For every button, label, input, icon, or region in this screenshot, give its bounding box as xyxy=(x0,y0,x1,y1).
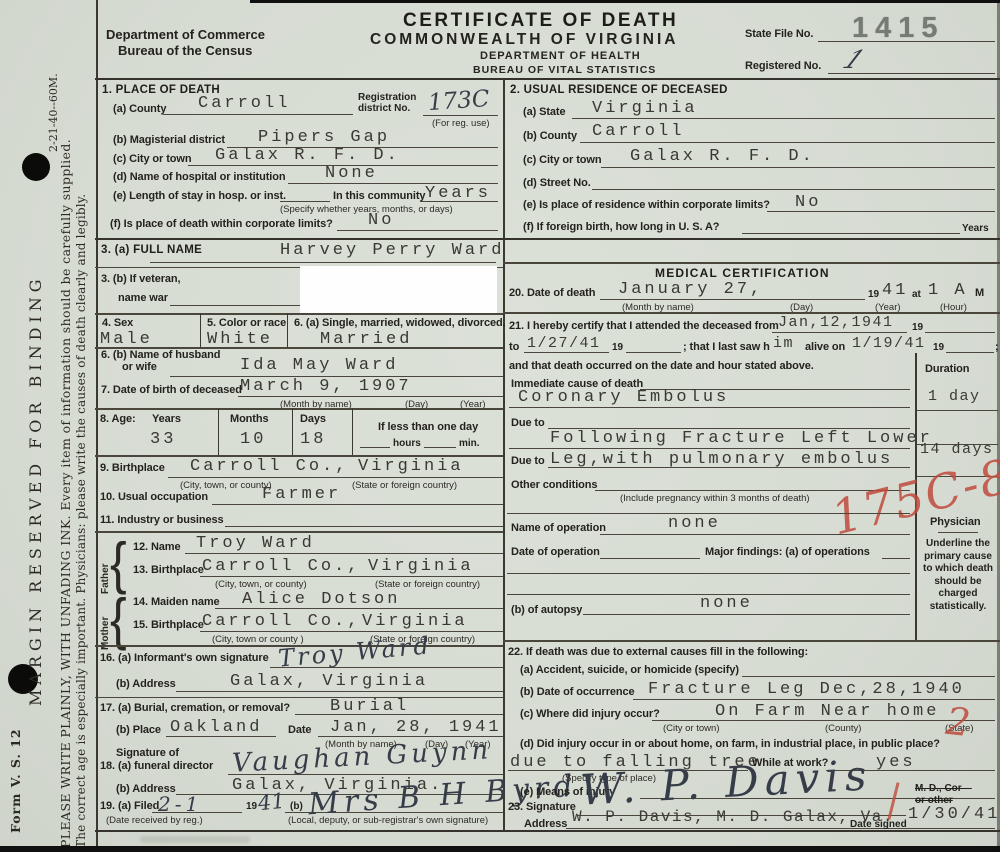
residence-county-label: (b) County xyxy=(523,130,577,142)
birthplace-label: 9. Birthplace xyxy=(100,462,165,474)
line xyxy=(150,262,496,263)
father-name-value: Troy Ward xyxy=(196,534,315,553)
line xyxy=(95,697,503,698)
line xyxy=(360,447,390,448)
dod-hour-value: 1 A xyxy=(928,281,968,300)
line xyxy=(503,640,1000,642)
other-conditions-label: Other conditions xyxy=(511,479,597,491)
age-months-value: 10 xyxy=(240,430,266,449)
father-bp-sub2: (State or foreign country) xyxy=(375,579,480,590)
other-conditions-note: (Include pregnancy within 3 months of de… xyxy=(620,493,810,504)
dod-19-printed: 19 xyxy=(868,289,879,300)
redaction-whiteout-box xyxy=(300,266,497,313)
due-to-value-2: Leg,with pulmonary embolus xyxy=(550,450,893,469)
md-coroner-label: M. D., Cor— xyxy=(915,783,972,794)
line xyxy=(572,118,995,119)
bureau-vital-stats-line: BUREAU OF VITAL STATISTICS xyxy=(473,64,656,76)
line xyxy=(176,691,503,692)
margin-advice-line1: PLEASE WRITE PLAINLY, WITH UNFADING INK.… xyxy=(58,139,73,848)
autopsy-value: none xyxy=(700,594,753,613)
last-saw-text: ; that I last saw h xyxy=(683,341,770,353)
occupation-label: 10. Usual occupation xyxy=(100,491,208,503)
line xyxy=(212,504,503,505)
commonwealth-subtitle: COMMONWEALTH OF VIRGINIA xyxy=(370,31,679,49)
street-no-label: (d) Street No. xyxy=(523,177,591,189)
scan-smudge xyxy=(140,836,250,843)
line xyxy=(352,408,353,455)
residence-corporate-label: (e) Is place of residence within corpora… xyxy=(523,199,770,211)
due-to-value-1: Following Fracture Left Lower xyxy=(550,429,933,448)
line xyxy=(600,299,865,300)
line xyxy=(163,114,353,115)
full-name-value: Harvey Perry Ward xyxy=(280,241,504,260)
reg-use-note: (For reg. use) xyxy=(432,118,490,129)
line xyxy=(882,558,910,559)
registered-no-label: Registered No. xyxy=(745,60,821,72)
age-days-value: 18 xyxy=(300,430,326,449)
funeral-director-signature: Vaughan Guynn xyxy=(231,735,492,779)
hours-label: hours xyxy=(393,438,421,449)
scan-edge-bottom xyxy=(0,846,1000,852)
stay-note: (Specify whether years, months, or days) xyxy=(280,204,453,215)
line xyxy=(424,447,456,448)
line xyxy=(633,699,995,700)
certificate-sheet: 2-21-40--60M. MARGIN RESERVED FOR BINDIN… xyxy=(0,0,1000,852)
filed-label: 19. (a) Filed xyxy=(100,800,159,812)
line xyxy=(583,614,910,615)
burial-type-label: 17. (a) Burial, cremation, or removal? xyxy=(100,702,290,714)
residence-state-value: Virginia xyxy=(592,99,698,118)
burial-date-value: Jan, 28, 1941 xyxy=(330,718,502,737)
line xyxy=(170,305,300,306)
line xyxy=(509,407,910,408)
where-injury-value: On Farm Near home xyxy=(715,702,939,721)
line xyxy=(524,352,609,353)
foreign-years-label: Years xyxy=(962,223,989,234)
to-label: to xyxy=(509,341,519,353)
spouse-label: 6. (b) Name of husband xyxy=(101,349,220,361)
filed-sub-note: (Date received by reg.) xyxy=(106,815,203,826)
where-injury-label: (c) Where did injury occur? xyxy=(520,708,660,720)
line xyxy=(742,676,995,677)
stay-label: (e) Length of stay in hosp. or inst. xyxy=(113,190,286,202)
date-of-death-label: 20. Date of death xyxy=(509,287,595,299)
burial-type-value: Burial xyxy=(330,697,409,716)
dod-year-value: 41 xyxy=(882,281,908,300)
margin-form-number: Form V. S. 12 xyxy=(8,728,23,833)
to-19-printed: 19 xyxy=(612,342,623,353)
birthplace-sub-city: (City, town, or county) xyxy=(180,480,272,491)
age-years-label: Years xyxy=(152,413,181,425)
place-corporate-label: (f) Is place of death within corporate l… xyxy=(110,218,333,230)
foreign-birth-label: (f) If foreign birth, how long in U. S. … xyxy=(523,221,719,233)
line xyxy=(509,448,910,449)
father-birthplace-city: Carroll Co., xyxy=(202,557,360,576)
margin-binding-text: MARGIN RESERVED FOR BINDING xyxy=(26,274,45,706)
birthplace-state-value: Virginia xyxy=(358,457,464,476)
community-value: Years xyxy=(425,184,491,203)
him-typed: im xyxy=(773,335,794,352)
age-days-label: Days xyxy=(300,413,326,425)
operation-name-label: Name of operation xyxy=(511,522,606,534)
immediate-cause-value: Coronary Embolus xyxy=(518,388,729,407)
column-divider-line xyxy=(503,80,505,832)
dept-health-line: DEPARTMENT OF HEALTH xyxy=(480,50,641,62)
race-label: 5. Color or race xyxy=(207,317,286,329)
while-at-work-value: yes xyxy=(876,753,916,772)
line xyxy=(200,313,201,347)
accident-label: (a) Accident, suicide, or homicide (spec… xyxy=(520,664,739,676)
reg-district-label: Registration xyxy=(358,92,416,103)
line xyxy=(503,312,1000,314)
red-check-annotation: 2 xyxy=(944,699,973,745)
mother-brace: { xyxy=(110,586,127,653)
county-label: (a) County xyxy=(113,103,166,115)
father-bp-sub1: (City, town, or county) xyxy=(215,579,307,590)
reg-district-label2: district No. xyxy=(358,103,410,114)
line xyxy=(95,78,1000,80)
line xyxy=(225,526,503,527)
semicolon: ; xyxy=(995,341,999,353)
physician-sidebar-note: Underline the primary cause to which dea… xyxy=(918,538,998,613)
father-birthplace-state: Virginia xyxy=(368,557,474,576)
line xyxy=(200,576,503,577)
filed-19-printed: 19 xyxy=(246,801,257,812)
mother-name-value: Alice Dotson xyxy=(242,590,400,609)
age-label: 8. Age: xyxy=(100,413,136,425)
registered-no-value: 1 xyxy=(838,45,871,74)
physician-signature-label: 23. Signature xyxy=(508,801,576,813)
line xyxy=(925,332,995,333)
burial-place-value: Oakland xyxy=(170,718,262,737)
line xyxy=(938,532,978,533)
date-signed-value: 1/30/41 xyxy=(908,805,1000,824)
line xyxy=(601,167,995,168)
informant-address-label: (b) Address xyxy=(116,678,176,690)
city-town-label: (c) City or town xyxy=(113,153,191,165)
line xyxy=(742,233,960,234)
where-sub-city: (City or town) xyxy=(663,723,719,734)
burial-date-label: Date xyxy=(288,724,311,736)
line xyxy=(600,558,700,559)
informant-address-value: Galax, Virginia xyxy=(230,672,428,691)
dod-m-label: M xyxy=(975,287,984,299)
punch-hole-top xyxy=(22,153,50,181)
magisterial-value: Pipers Gap xyxy=(258,128,390,147)
county-value: Carroll xyxy=(198,94,290,113)
mother-birthplace-state: Virginia xyxy=(362,612,468,631)
line xyxy=(287,313,288,347)
line xyxy=(337,230,498,231)
age-years-value: 33 xyxy=(150,430,176,449)
veteran-war-label: name war xyxy=(118,292,168,304)
from-19-printed: 19 xyxy=(912,322,923,333)
attended-from-value: Jan,12,1941 xyxy=(778,314,894,331)
residence-state-label: (a) State xyxy=(523,106,566,118)
physician-sidebar-label: Physician xyxy=(930,516,980,528)
reg-district-value: 173C xyxy=(427,86,490,116)
residence-city-label: (c) City or town xyxy=(523,154,601,166)
line xyxy=(503,262,1000,264)
line xyxy=(238,396,503,397)
due-to-label-1: Due to xyxy=(511,417,545,429)
hospital-label: (d) Name of hospital or institution xyxy=(113,171,286,183)
dod-at-label: at xyxy=(912,289,921,300)
hospital-value: None xyxy=(325,164,378,183)
birthplace-city-value: Carroll Co., xyxy=(190,457,348,476)
physician-address-value: W. P. Davis, M. D. Galax, Va. xyxy=(572,808,894,826)
margin-advice-line2: The correct age is especially important.… xyxy=(74,194,88,848)
line xyxy=(95,238,1000,240)
residence-county-value: Carroll xyxy=(592,122,684,141)
sex-label: 4. Sex xyxy=(102,317,133,329)
duration-label: Duration xyxy=(925,363,969,375)
full-name-label: 3. (a) FULL NAME xyxy=(101,244,202,256)
medical-certification-heading: MEDICAL CERTIFICATION xyxy=(655,266,830,280)
filed-b-printed: (b) xyxy=(290,801,303,812)
residence-corporate-value: No xyxy=(795,193,821,212)
line xyxy=(566,828,995,829)
attended-to-value: 1/27/41 xyxy=(527,335,601,352)
line xyxy=(772,332,907,333)
filed-date-value: 2-1 xyxy=(158,792,202,816)
line xyxy=(185,553,503,554)
lastsaw-19-printed: 19 xyxy=(933,342,944,353)
birthplace-sub-state: (State or foreign country) xyxy=(352,480,457,491)
informant-signature-label: 16. (a) Informant's own signature xyxy=(100,652,269,664)
line xyxy=(592,189,995,190)
magisterial-label: (b) Magisterial district xyxy=(113,134,225,146)
certificate-title: CERTIFICATE OF DEATH xyxy=(403,10,678,32)
line xyxy=(95,313,503,315)
occurrence-label: (b) Date of occurrence xyxy=(520,686,635,698)
mother-birthplace-label: 15. Birthplace xyxy=(133,619,204,631)
external-causes-heading: 22. If death was due to external causes … xyxy=(508,646,808,658)
funeral-director-label: 18. (a) funeral director xyxy=(100,760,213,772)
line xyxy=(168,477,503,478)
line xyxy=(95,408,503,410)
registrar-sub-note: (Local, deputy, or sub-registrar's own s… xyxy=(288,815,488,826)
major-findings-label: Major findings: (a) of operations xyxy=(705,546,870,558)
date-of-death-value: January 27, xyxy=(618,280,763,299)
line xyxy=(95,531,503,533)
physician-address-label: Address xyxy=(524,818,567,830)
spouse-label2: or wife xyxy=(122,361,157,373)
did-injury-label: (d) Did injury occur in or about home, o… xyxy=(520,738,940,750)
alive-on-text: alive on xyxy=(805,341,845,353)
city-town-value: Galax R. F. D. xyxy=(215,146,400,165)
certify-text-2: and that death occurred on the date and … xyxy=(509,360,814,372)
veteran-label: 3. (b) If veteran, xyxy=(101,273,181,285)
spouse-value: Ida May Ward xyxy=(240,356,398,375)
line xyxy=(946,352,994,353)
line xyxy=(95,830,1000,832)
line xyxy=(626,352,681,353)
operation-date-label: Date of operation xyxy=(511,546,600,558)
operation-name-value: none xyxy=(668,514,721,533)
burial-place-label: (b) Place xyxy=(116,724,161,736)
min-label: min. xyxy=(459,438,480,449)
birth-date-value: March 9, 1907 xyxy=(240,377,412,396)
father-birthplace-label: 13. Birthplace xyxy=(133,564,204,576)
line xyxy=(580,142,995,143)
where-sub-county: (County) xyxy=(825,723,861,734)
due-to-label-2: Due to xyxy=(511,455,545,467)
state-file-no-stamp: 1415 xyxy=(852,12,945,45)
occurrence-value: Fracture Leg Dec,28,1940 xyxy=(648,680,965,699)
duration-1-value: 1 day xyxy=(928,388,981,405)
line xyxy=(280,201,330,202)
residence-heading: 2. USUAL RESIDENCE OF DECEASED xyxy=(510,84,728,96)
marital-label: 6. (a) Single, married, widowed, divorce… xyxy=(294,317,506,329)
certify-text-1: 21. I hereby certify that I attended the… xyxy=(509,320,779,332)
line xyxy=(218,408,219,455)
line xyxy=(507,573,910,574)
community-label: In this community xyxy=(333,190,425,202)
bureau-census-line: Bureau of the Census xyxy=(118,43,252,58)
mother-name-label: 14. Maiden name xyxy=(133,596,220,608)
state-file-no-label: State File No. xyxy=(745,28,813,40)
age-months-label: Months xyxy=(230,413,269,425)
date-signed-label: Date signed xyxy=(850,819,907,830)
line xyxy=(917,410,998,411)
signature-of-label: Signature of xyxy=(116,747,179,759)
residence-city-value: Galax R. F. D. xyxy=(630,147,815,166)
autopsy-label: (b) of autopsy xyxy=(511,604,582,616)
filed-year-value: 41 xyxy=(257,789,286,816)
place-corporate-value: No xyxy=(368,211,394,230)
birth-date-label: 7. Date of birth of deceased xyxy=(101,384,242,396)
line xyxy=(200,631,503,632)
industry-label: 11. Industry or business xyxy=(100,514,224,526)
scan-edge-top xyxy=(250,0,1000,3)
line xyxy=(292,408,293,455)
father-name-label: 12. Name xyxy=(133,541,181,553)
mother-birthplace-city: Carroll Co., xyxy=(202,612,360,631)
dept-commerce-line: Department of Commerce xyxy=(106,27,265,42)
margin-divider-line xyxy=(96,0,98,852)
less-than-day-label: If less than one day xyxy=(378,421,478,433)
last-saw-date-value: 1/19/41 xyxy=(852,335,926,352)
occupation-value: Farmer xyxy=(262,485,341,504)
line xyxy=(600,534,910,535)
